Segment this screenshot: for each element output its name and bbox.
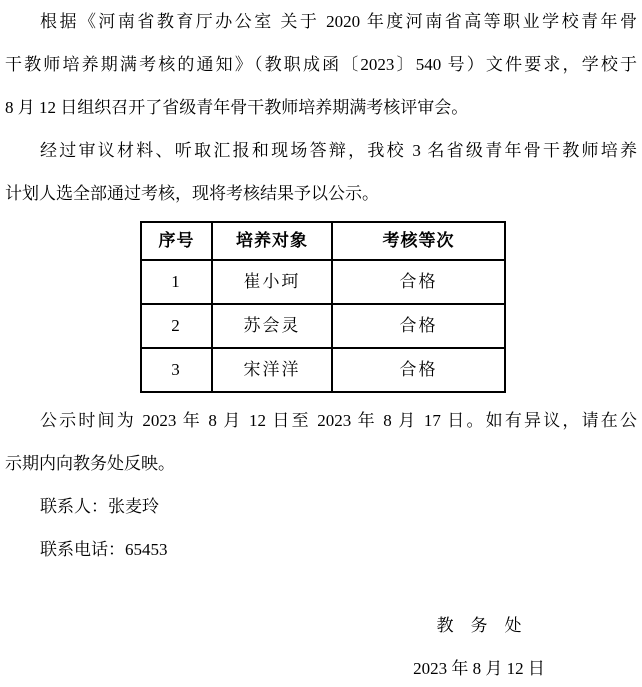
paragraph-basis-line-2: 干教师培养期满考核的通知》（教职成函〔2023〕540 号）文件要求，学校于	[5, 43, 637, 86]
paragraph-basis-line-1: 根据《河南省教育厅办公室 关于 2020 年度河南省高等职业学校青年骨	[5, 0, 637, 43]
table-header-assessment-grade: 考核等次	[332, 222, 505, 260]
contact-person: 联系人：张麦玲	[5, 485, 637, 528]
signature-block: 教 务 处 2023 年 8 月 12 日	[399, 604, 559, 687]
cell-assessment-grade: 合格	[332, 260, 505, 304]
paragraph-basis-line-3: 8 月 12 日组织召开了省级青年骨干教师培养期满考核评审会。	[5, 86, 637, 129]
cell-assessment-grade: 合格	[332, 348, 505, 392]
cell-trainee-name: 崔小珂	[212, 260, 332, 304]
table-row: 3 宋洋洋 合格	[141, 348, 505, 392]
paragraph-result-line-2: 计划人选全部通过考核，现将考核结果予以公示。	[5, 172, 637, 215]
assessment-results-table: 序号 培养对象 考核等次 1 崔小珂 合格 2 苏会灵 合格 3 宋洋洋 合格	[140, 221, 506, 393]
paragraph-publicity-line-2: 示期内向教务处反映。	[5, 442, 637, 485]
table-row: 2 苏会灵 合格	[141, 304, 505, 348]
cell-trainee-name: 苏会灵	[212, 304, 332, 348]
cell-serial-number: 3	[141, 348, 212, 392]
paragraph-publicity-line-1: 公示时间为 2023 年 8 月 12 日至 2023 年 8 月 17 日。如…	[5, 399, 637, 442]
cell-assessment-grade: 合格	[332, 304, 505, 348]
signature-department: 教 务 处	[399, 604, 559, 647]
contact-phone: 联系电话：65453	[5, 528, 637, 571]
cell-serial-number: 1	[141, 260, 212, 304]
signature-date: 2023 年 8 月 12 日	[399, 647, 559, 687]
paragraph-publicity-period: 公示时间为 2023 年 8 月 12 日至 2023 年 8 月 17 日。如…	[5, 399, 637, 485]
table-row: 1 崔小珂 合格	[141, 260, 505, 304]
table-header-row: 序号 培养对象 考核等次	[141, 222, 505, 260]
paragraph-basis: 根据《河南省教育厅办公室 关于 2020 年度河南省高等职业学校青年骨 干教师培…	[5, 0, 637, 129]
table-header-serial-number: 序号	[141, 222, 212, 260]
paragraph-result-line-1: 经过审议材料、听取汇报和现场答辩，我校 3 名省级青年骨干教师培养	[5, 129, 637, 172]
paragraph-result-summary: 经过审议材料、听取汇报和现场答辩，我校 3 名省级青年骨干教师培养 计划人选全部…	[5, 129, 637, 215]
table-header-trainee: 培养对象	[212, 222, 332, 260]
cell-serial-number: 2	[141, 304, 212, 348]
announcement-document: 根据《河南省教育厅办公室 关于 2020 年度河南省高等职业学校青年骨 干教师培…	[0, 0, 642, 687]
cell-trainee-name: 宋洋洋	[212, 348, 332, 392]
